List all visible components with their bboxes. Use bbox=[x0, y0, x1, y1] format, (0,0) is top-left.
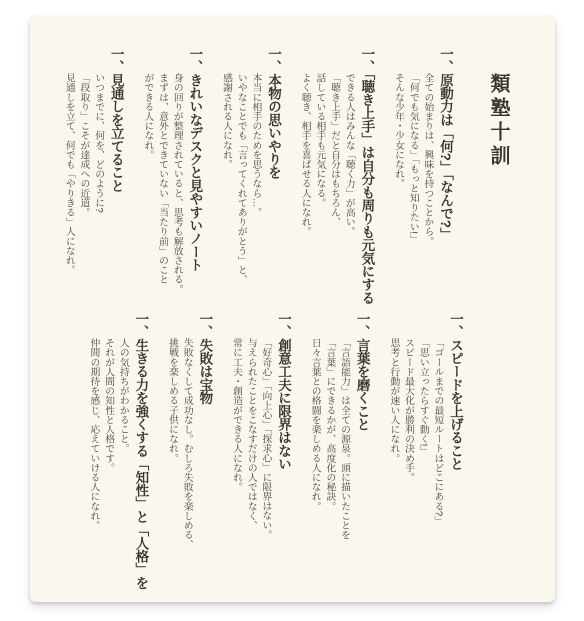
precept-line: スピード最大化が勝利の決め手。 bbox=[400, 338, 415, 602]
precept-line: 「何でも気になる」「もっと知りたい!」 bbox=[405, 73, 420, 303]
precept-body: 「ゴールまでの最短ルートはどこにある?」「思い立ったらすぐ動く!」スピード最大化… bbox=[386, 312, 445, 602]
precept-item: 一、見通しを立てること いつまでに、何を、どのように?「段取り」こそが達成への近… bbox=[61, 47, 127, 303]
precept-line: いやなことでも「言ってくれてありがとう」と、 bbox=[233, 73, 248, 303]
precept-heading: 一、原動力は「何?」「なんで?」 bbox=[434, 47, 456, 303]
precept-line: まずは、意外とできていない「当たり前」のこと bbox=[154, 73, 169, 303]
precept-marker: 一、 bbox=[133, 312, 148, 338]
precept-item: 一、スピードを上げること 「ゴールまでの最短ルートはどこにある?」「思い立ったら… bbox=[386, 312, 466, 602]
precept-body: 人の気持ちがわかること。それが人間の知性と人格です。仲間の期待を感じ、応えていけ… bbox=[86, 312, 130, 602]
precept-line: 「聴き上手」だと自分はもちろん、 bbox=[326, 73, 341, 303]
precept-item: 一、失敗は宝物 失敗なくして成功なし。むしろ失敗を楽しめる、挑戦を楽しめる子供に… bbox=[164, 312, 215, 602]
precept-line: それが人間の知性と人格です。 bbox=[100, 338, 115, 602]
precept-line: 挑戦を楽しめる子供になれ。 bbox=[164, 338, 179, 602]
precept-line: 「言語能力」は全ての源泉。頭に描いたことを bbox=[336, 338, 351, 602]
precept-item: 一、本物の思いやりを 本当に相手のためを思うなら…。いやなことでも「言ってくれて… bbox=[218, 47, 284, 303]
precept-line: 見通しを立て、何でも「やりきる」人になれ。 bbox=[61, 73, 76, 303]
precept-item: 一、きれいなデスクと見やすいノート 身の回りが整理されていると、思考も解放される… bbox=[140, 47, 206, 303]
precept-line: よく聴き、相手を喜ばせる人になれ。 bbox=[297, 73, 312, 303]
precept-heading: 一、スピードを上げること bbox=[444, 312, 466, 602]
precept-line: 「段取り」こそが達成への近道。 bbox=[76, 73, 91, 303]
precept-item: 一、言葉を磨くこと 「言語能力」は全ての源泉。頭に描いたことを「言葉」にできるか… bbox=[307, 312, 373, 602]
section-bottom: 一、スピードを上げること 「ゴールまでの最短ルートはどこにある?」「思い立ったら… bbox=[73, 312, 466, 602]
precept-line: 「好奇心」「向上心」「探求心」に限界はない。 bbox=[258, 338, 273, 602]
precept-body: 本当に相手のためを思うなら…。いやなことでも「言ってくれてありがとう」と、感謝さ… bbox=[218, 47, 262, 303]
precept-item: 一、原動力は「何?」「なんで?」 全ての始まりは、興味を持つことから。「何でも気… bbox=[390, 47, 456, 303]
precept-item: 一、創意工夫に限界はない 「好奇心」「向上心」「探求心」に限界はない。与えられた… bbox=[228, 312, 294, 602]
precept-heading: 一、言葉を磨くこと bbox=[351, 312, 373, 602]
precept-heading-text: 見通しを立てること bbox=[109, 73, 124, 192]
precept-heading: 一、本物の思いやりを bbox=[262, 47, 284, 303]
precept-body: 失敗なくして成功なし。むしろ失敗を楽しめる、挑戦を楽しめる子供になれ。 bbox=[164, 312, 193, 602]
precept-marker: 一、 bbox=[187, 47, 202, 73]
precept-line: 失敗なくして成功なし。むしろ失敗を楽しめる、 bbox=[179, 338, 194, 602]
precept-heading-text: 原動力は「何?」「なんで?」 bbox=[438, 73, 453, 241]
precept-heading: 一、見通しを立てること bbox=[105, 47, 127, 303]
precept-line: ができる人になれ。 bbox=[140, 73, 155, 303]
precept-heading-text: 失敗は宝物 bbox=[197, 338, 212, 404]
precept-heading: 一、失敗は宝物 bbox=[194, 312, 216, 602]
document-card: 類塾十訓 一、原動力は「何?」「なんで?」 全ての始まりは、興味を持つことから。… bbox=[30, 15, 555, 602]
precept-line: 全ての始まりは、興味を持つことから。 bbox=[420, 73, 435, 303]
precept-marker: 一、 bbox=[359, 47, 374, 73]
precept-line: 常に工夫・創造ができる人になれ。 bbox=[228, 338, 243, 602]
precept-marker: 一、 bbox=[197, 312, 212, 338]
precept-line: そんな少年・少女になれ。 bbox=[390, 73, 405, 303]
precept-line: 人の気持ちがわかること。 bbox=[115, 338, 130, 602]
precept-heading-text: 「聴き上手」は自分も周りも元気にする bbox=[359, 73, 374, 304]
page-title: 類塾十訓 bbox=[484, 47, 513, 303]
precept-heading-text: きれいなデスクと見やすいノート bbox=[187, 73, 202, 271]
precept-marker: 一、 bbox=[448, 312, 463, 338]
precept-line: 思考と行動が速い人になれ。 bbox=[386, 338, 401, 602]
precept-line: 話している相手も元気になる。 bbox=[312, 73, 327, 303]
precept-heading: 一、きれいなデスクと見やすいノート bbox=[184, 47, 206, 303]
precept-line: 「思い立ったらすぐ動く!」 bbox=[415, 338, 430, 602]
precept-line: 「言葉」にできるかが、高度化の秘訣。 bbox=[322, 338, 337, 602]
precept-body: できる人はみんな「聴く力」が高い。「聴き上手」だと自分はもちろん、話している相手… bbox=[297, 47, 356, 303]
precept-line: 与えられたことをこなすだけの人ではなく、 bbox=[243, 338, 258, 602]
precept-marker: 一、 bbox=[438, 47, 453, 73]
precept-heading-text: 生きる力を強くする「知性」と「人格」を bbox=[133, 338, 148, 589]
precept-item: 一、生きる力を強くする「知性」と「人格」を 人の気持ちがわかること。それが人間の… bbox=[86, 312, 152, 602]
precept-line: 仲間の期待を感じ、応えていける人になれ。 bbox=[86, 338, 101, 602]
precept-line: 日々言葉との格闘を楽しめる人になれ。 bbox=[307, 338, 322, 602]
precept-heading-text: スピードを上げること bbox=[448, 338, 463, 470]
precept-marker: 一、 bbox=[355, 312, 370, 338]
precept-body: 「好奇心」「向上心」「探求心」に限界はない。与えられたことをこなすだけの人ではな… bbox=[228, 312, 272, 602]
precept-heading-text: 言葉を磨くこと bbox=[355, 338, 370, 430]
precept-line: 身の回りが整理されていると、思考も解放される。 bbox=[169, 73, 184, 303]
precept-body: 「言語能力」は全ての源泉。頭に描いたことを「言葉」にできるかが、高度化の秘訣。日… bbox=[307, 312, 351, 602]
precept-item: 一、「聴き上手」は自分も周りも元気にする できる人はみんな「聴く力」が高い。「聴… bbox=[297, 47, 377, 303]
precept-body: 全ての始まりは、興味を持つことから。「何でも気になる」「もっと知りたい!」そんな… bbox=[390, 47, 434, 303]
precept-heading: 一、「聴き上手」は自分も周りも元気にする bbox=[356, 47, 378, 303]
precept-line: 「ゴールまでの最短ルートはどこにある?」 bbox=[430, 338, 445, 602]
precept-line: 本当に相手のためを思うなら…。 bbox=[248, 73, 263, 303]
precept-line: いつまでに、何を、どのように? bbox=[90, 73, 105, 303]
precept-heading-text: 創意工夫に限界はない bbox=[276, 338, 291, 470]
precept-marker: 一、 bbox=[266, 47, 281, 73]
precept-line: 感謝される人になれ。 bbox=[218, 73, 233, 303]
precept-body: 身の回りが整理されていると、思考も解放される。まずは、意外とできていない「当たり… bbox=[140, 47, 184, 303]
precept-line: できる人はみんな「聴く力」が高い。 bbox=[341, 73, 356, 303]
precept-heading-text: 本物の思いやりを bbox=[266, 73, 281, 179]
precept-marker: 一、 bbox=[109, 47, 124, 73]
section-top: 類塾十訓 一、原動力は「何?」「なんで?」 全ての始まりは、興味を持つことから。… bbox=[48, 47, 513, 303]
precept-heading: 一、創意工夫に限界はない bbox=[272, 312, 294, 602]
precept-heading: 一、生きる力を強くする「知性」と「人格」を bbox=[130, 312, 152, 602]
precept-marker: 一、 bbox=[276, 312, 291, 338]
precept-body: いつまでに、何を、どのように?「段取り」こそが達成への近道。見通しを立て、何でも… bbox=[61, 47, 105, 303]
